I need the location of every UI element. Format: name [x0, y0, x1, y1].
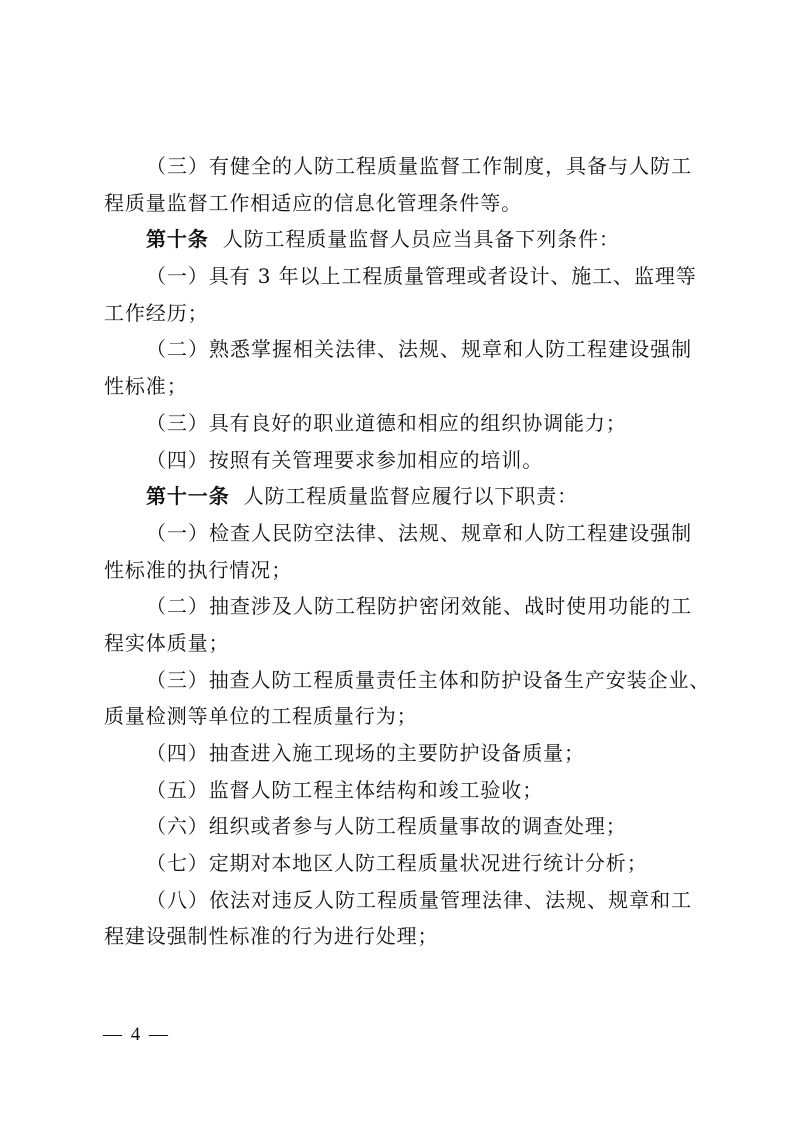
paragraph-line: （八）依法对违反人防工程质量管理法律、法规、规章和工 [104, 882, 692, 919]
paragraph-line: 程建设强制性标准的行为进行处理； [104, 918, 692, 955]
paragraph-line: （二）抽查涉及人防工程防护密闭效能、战时使用功能的工 [104, 588, 692, 625]
article-number: 第十一条 [146, 484, 230, 508]
article-text: 人防工程质量监督应履行以下职责： [244, 484, 578, 508]
article-text: 人防工程质量监督人员应当具备下列条件： [223, 227, 620, 251]
paragraph-line: 工作经历； [104, 295, 692, 332]
paragraph-line: （一）具有 3 年以上工程质量管理或者设计、施工、监理等 [104, 258, 692, 295]
paragraph-line: （三）抽查人防工程质量责任主体和防护设备生产安装企业、 [104, 662, 692, 699]
document-body: （三）有健全的人防工程质量监督工作制度，具备与人防工 程质量监督工作相适应的信息… [104, 148, 692, 955]
article-number: 第十条 [146, 227, 209, 251]
paragraph-line: （三）有健全的人防工程质量监督工作制度，具备与人防工 [104, 148, 692, 185]
paragraph-line: （六）组织或者参与人防工程质量事故的调查处理； [104, 808, 692, 845]
paragraph-line: （四）按照有关管理要求参加相应的培训。 [104, 442, 692, 479]
paragraph-line: （一）检查人民防空法律、法规、规章和人防工程建设强制 [104, 515, 692, 552]
paragraph-line: 性标准； [104, 368, 692, 405]
article-heading-line: 第十一条人防工程质量监督应履行以下职责： [104, 478, 692, 515]
paragraph-line: 性标准的执行情况； [104, 552, 692, 589]
paragraph-line: （五）监督人防工程主体结构和竣工验收； [104, 772, 692, 809]
paragraph-line: 质量检测等单位的工程质量行为； [104, 698, 692, 735]
article-heading-line: 第十条人防工程质量监督人员应当具备下列条件： [104, 221, 692, 258]
paragraph-line: （二）熟悉掌握相关法律、法规、规章和人防工程建设强制 [104, 331, 692, 368]
paragraph-line: （七）定期对本地区人防工程质量状况进行统计分析； [104, 845, 692, 882]
page-number: — 4 — [103, 1024, 170, 1046]
paragraph-line: （四）抽查进入施工现场的主要防护设备质量； [104, 735, 692, 772]
paragraph-line: （三）具有良好的职业道德和相应的组织协调能力； [104, 405, 692, 442]
paragraph-line: 程实体质量； [104, 625, 692, 662]
paragraph-line: 程质量监督工作相适应的信息化管理条件等。 [104, 185, 692, 222]
